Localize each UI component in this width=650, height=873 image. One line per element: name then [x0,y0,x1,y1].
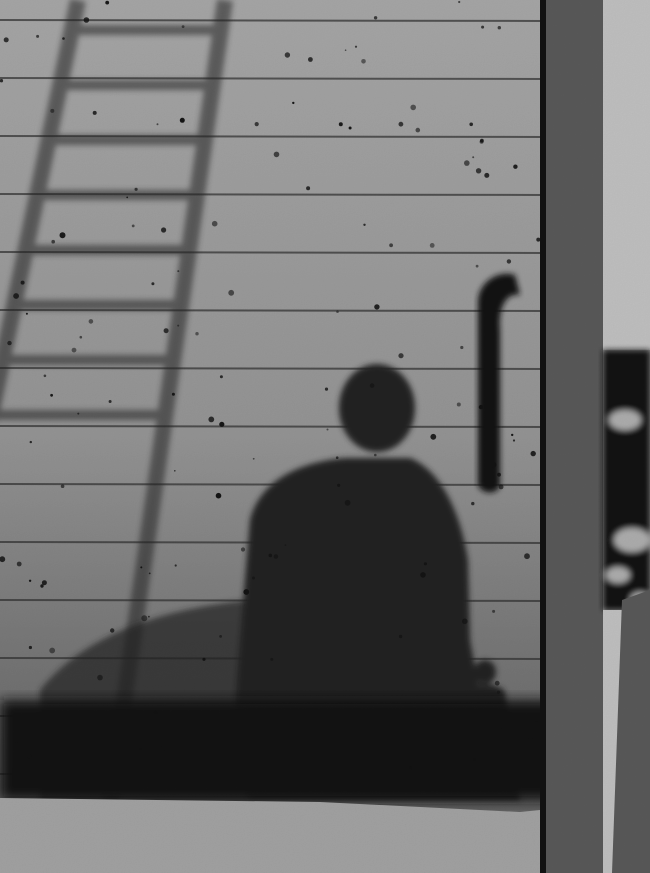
photograph [0,0,650,873]
photo-canvas [0,0,650,873]
film-grain [0,0,650,873]
